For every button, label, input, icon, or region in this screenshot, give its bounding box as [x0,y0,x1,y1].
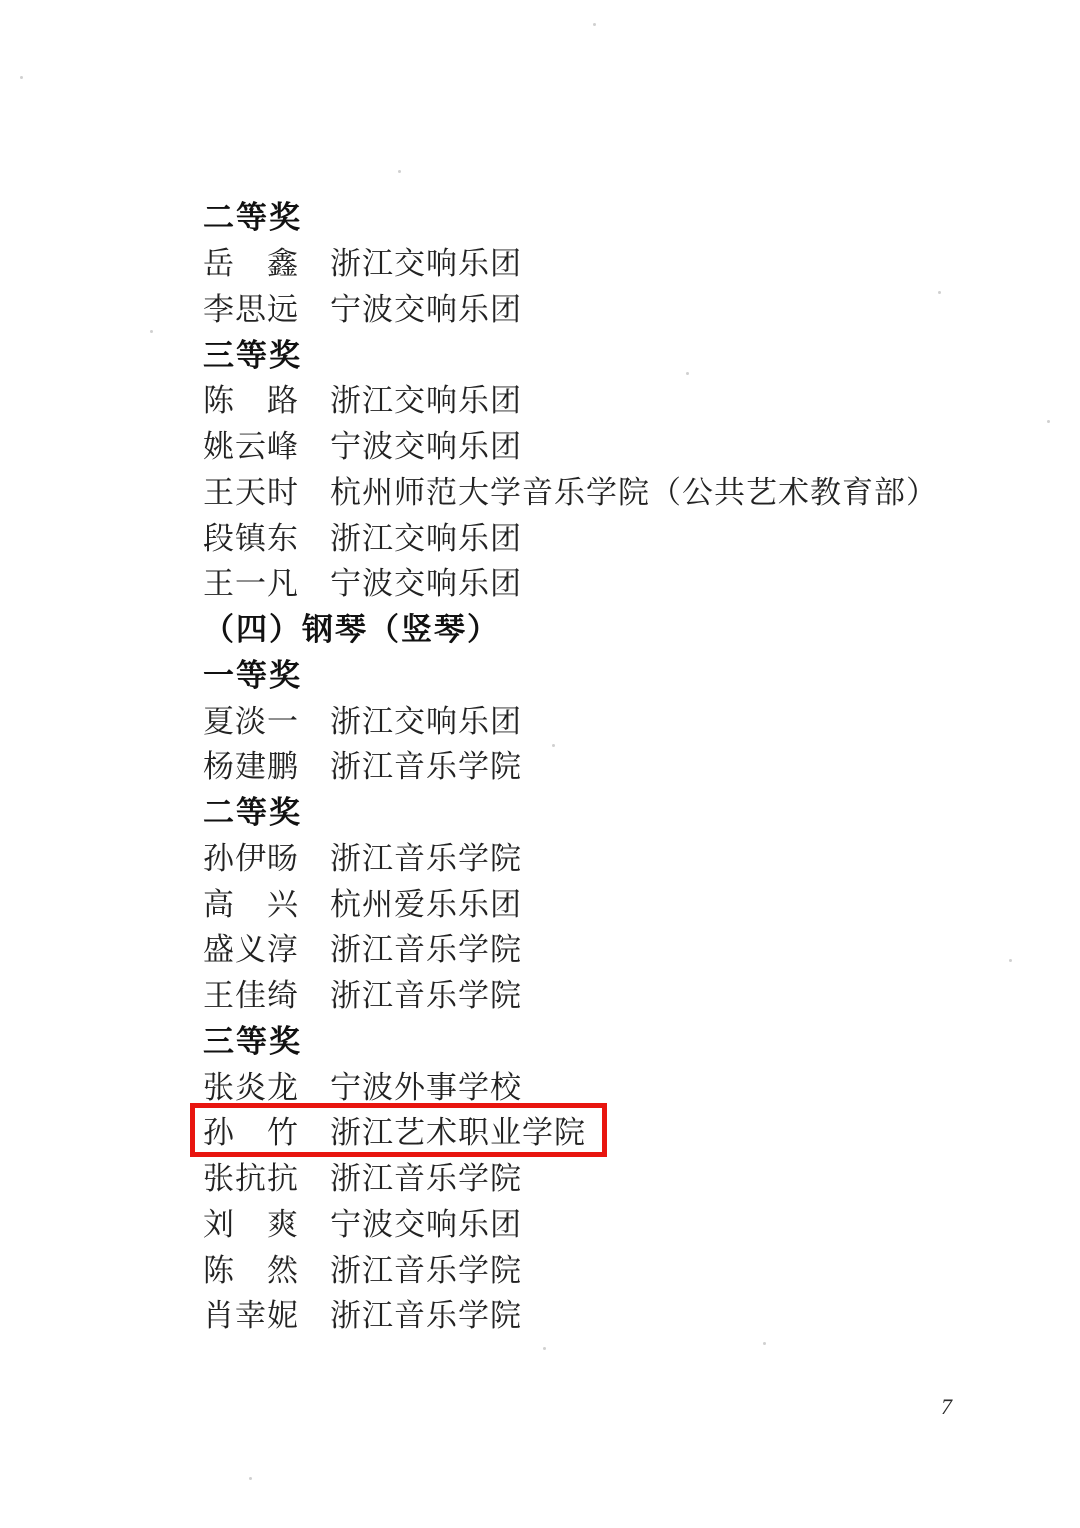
winner-name: 王佳绮 [203,970,330,1015]
winner-row: 杨建鹏浙江音乐学院 [203,741,963,787]
winner-name: 张炎龙 [203,1062,330,1107]
winner-organization: 浙江音乐学院 [330,741,522,786]
winner-row: 张抗抗浙江音乐学院 [203,1153,963,1199]
winner-name: 岳 鑫 [203,238,330,283]
winner-name: 王天时 [203,467,330,512]
winner-organization: 浙江交响乐团 [330,513,522,558]
page-number: 7 [941,1394,952,1420]
winner-name: 高 兴 [203,879,330,924]
award-tier-heading: （四）钢琴（竖琴） [203,604,963,650]
award-tier-heading: 三等奖 [203,1016,963,1062]
winner-row: 肖幸妮浙江音乐学院 [203,1290,963,1336]
winner-organization: 浙江艺术职业学院 [330,1107,586,1152]
winner-row: 盛义淳浙江音乐学院 [203,924,963,970]
winner-row: 夏淡一浙江交响乐团 [203,695,963,741]
winner-name: 夏淡一 [203,696,330,741]
winner-organization: 浙江交响乐团 [330,375,522,420]
winner-row: 李思远宁波交响乐团 [203,284,963,330]
scan-noise-speck [593,23,596,26]
winner-name: 肖幸妮 [203,1290,330,1335]
winner-row: 孙 竹浙江艺术职业学院 [203,1107,963,1153]
award-tier-heading: 一等奖 [203,650,963,696]
scan-noise-speck [938,291,941,294]
winner-row: 王天时杭州师范大学音乐学院（公共艺术教育部） [203,467,963,513]
scan-noise-speck [398,170,401,173]
winner-organization: 浙江交响乐团 [330,238,522,283]
scan-noise-speck [543,1347,546,1350]
winner-organization: 宁波交响乐团 [330,421,522,466]
scan-noise-speck [1009,959,1012,962]
winner-name: 孙 竹 [203,1107,330,1152]
scan-noise-speck [686,372,689,375]
scan-noise-speck [249,1477,252,1480]
winner-name: 段镇东 [203,513,330,558]
winner-name: 刘 爽 [203,1199,330,1244]
winner-name: 李思远 [203,284,330,329]
winner-organization: 浙江音乐学院 [330,924,522,969]
winner-organization: 浙江交响乐团 [330,696,522,741]
winner-organization: 宁波外事学校 [330,1062,522,1107]
winner-name: 张抗抗 [203,1153,330,1198]
scan-noise-speck [150,330,153,333]
winner-organization: 杭州爱乐乐团 [330,879,522,924]
winner-row: 王佳绮浙江音乐学院 [203,970,963,1016]
winner-row: 张炎龙宁波外事学校 [203,1061,963,1107]
winner-row: 王一凡宁波交响乐团 [203,558,963,604]
winner-organization: 宁波交响乐团 [330,1199,522,1244]
winner-name: 王一凡 [203,558,330,603]
winner-organization: 杭州师范大学音乐学院（公共艺术教育部） [330,467,938,512]
winner-name: 孙伊旸 [203,833,330,878]
winner-organization: 浙江音乐学院 [330,833,522,878]
winner-name: 姚云峰 [203,421,330,466]
award-winner-list: 二等奖岳 鑫浙江交响乐团李思远宁波交响乐团三等奖陈 路浙江交响乐团姚云峰宁波交响… [203,192,963,1336]
winner-row: 陈 路浙江交响乐团 [203,375,963,421]
award-tier-heading: 二等奖 [203,787,963,833]
award-tier-heading: 三等奖 [203,329,963,375]
winner-organization: 浙江音乐学院 [330,1153,522,1198]
scan-noise-speck [552,744,555,747]
winner-row: 姚云峰宁波交响乐团 [203,421,963,467]
award-tier-heading: 二等奖 [203,192,963,238]
winner-name: 陈 然 [203,1245,330,1290]
winner-organization: 浙江音乐学院 [330,1245,522,1290]
winner-row: 岳 鑫浙江交响乐团 [203,238,963,284]
scan-noise-speck [763,1342,766,1345]
winner-organization: 宁波交响乐团 [330,284,522,329]
winner-organization: 浙江音乐学院 [330,1290,522,1335]
winner-row: 段镇东浙江交响乐团 [203,512,963,558]
winner-name: 盛义淳 [203,924,330,969]
scanned-document-page: 二等奖岳 鑫浙江交响乐团李思远宁波交响乐团三等奖陈 路浙江交响乐团姚云峰宁波交响… [0,0,1080,1528]
scan-noise-speck [20,76,23,79]
winner-row: 高 兴杭州爱乐乐团 [203,878,963,924]
winner-organization: 宁波交响乐团 [330,558,522,603]
winner-row: 孙伊旸浙江音乐学院 [203,833,963,879]
winner-row: 陈 然浙江音乐学院 [203,1244,963,1290]
winner-name: 杨建鹏 [203,741,330,786]
winner-row: 刘 爽宁波交响乐团 [203,1199,963,1245]
winner-organization: 浙江音乐学院 [330,970,522,1015]
scan-noise-speck [1047,420,1050,423]
winner-name: 陈 路 [203,375,330,420]
